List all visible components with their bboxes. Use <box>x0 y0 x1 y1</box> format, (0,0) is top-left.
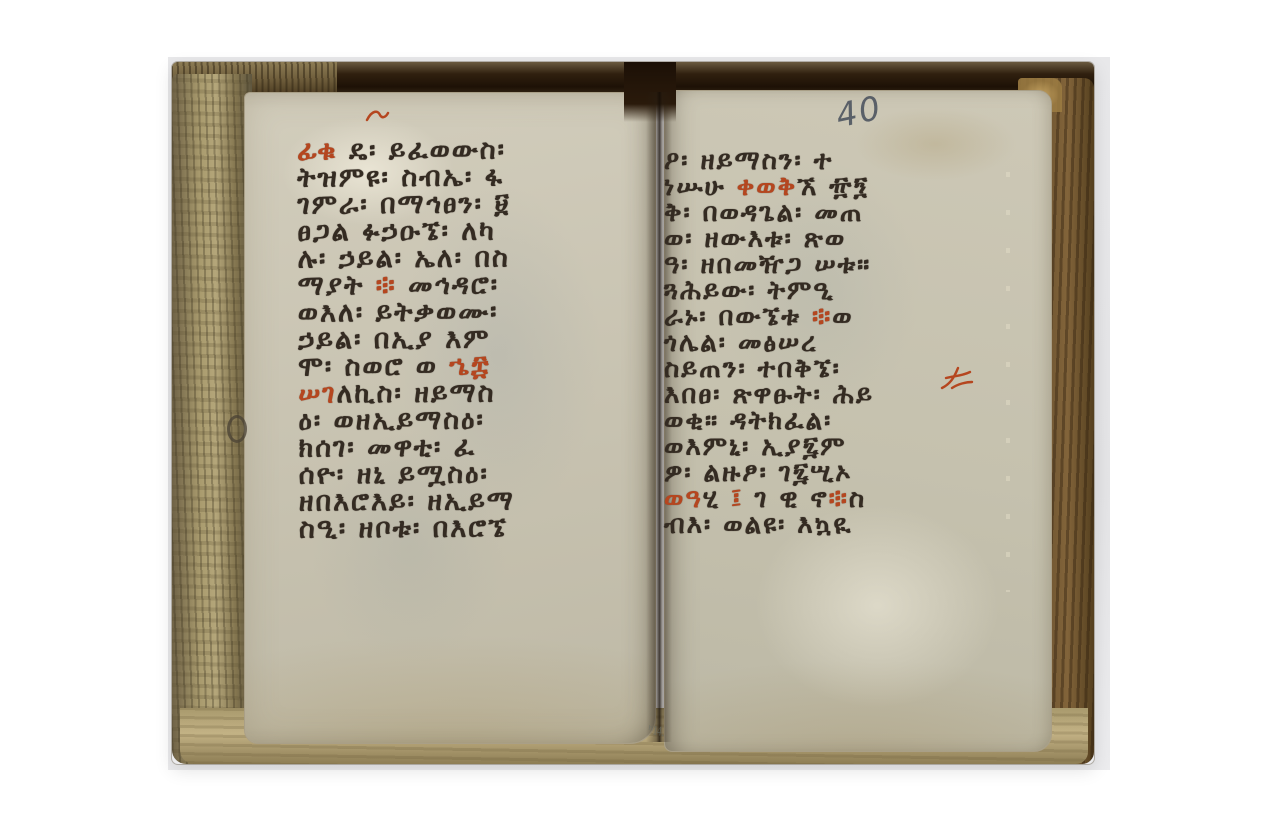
manuscript-line: ነሡሁ ቀወቅኧ ፹፺ <box>664 169 874 195</box>
manuscript-line: ወእምኒ፡ ኢያ፯ም <box>664 429 874 455</box>
ink-text-segment: ስዒ፡ ዘቦቱ፡ በእሮኜ <box>299 512 508 544</box>
manuscript-line: ስይጠን፡ ተበቅኜ፡ <box>664 351 874 377</box>
manuscript-line: ዘበእሮእይ፡ ዘኢይማ <box>299 483 515 511</box>
manuscript-line: ወእለ፡ ይትቃወሙ፡ <box>298 294 514 322</box>
ink-text-segment: ብእ፡ ወልዩ፡ እኳዪ <box>664 510 853 540</box>
gutter-scribble-mark: ʰ⒕ <box>647 721 666 740</box>
left-page-text: ፊቁ ዴ፡ ይፈወውስ፡ትዝምዩ፡ ስብኤ፡ ፋገምራ፡ በማኅፀን፡ ፱ፀጋል… <box>297 132 515 538</box>
manuscript-line: ኃይል፡ በኢያ እም <box>298 321 514 349</box>
manuscript-photo-page: ፊቁ ዴ፡ ይፈወውስ፡ትዝምዩ፡ ስብኤ፡ ፋገምራ፡ በማኅፀን፡ ፱ፀጋል… <box>0 0 1273 823</box>
manuscript-line: ብእ፡ ወልዩ፡ እኳዪ <box>664 507 874 533</box>
manuscript-line: ዓ፡ ዘበመዥጋ ሠቱ። <box>664 247 874 273</box>
manuscript-line: ሠገለኪስ፡ ዘይማስ <box>298 375 514 403</box>
manuscript-line: ሉ፡ ኃይል፡ ኤለ፡ በስ <box>298 240 514 268</box>
manuscript-line: ዎ፡ ልዙፆ፡ ገ፯ሢኦ <box>664 455 874 481</box>
manuscript-line: ወዓሂ ፤ ገ ዊ ኖ፨ስ <box>664 481 874 507</box>
red-marginal-flourish <box>940 360 974 394</box>
manuscript-line: ዖ፡ ዘይማስን፡ ተ <box>664 143 874 169</box>
parchment-hole-mark <box>227 415 247 443</box>
manuscript-line: ማያት ፨ መኅዳሮ፡ <box>298 267 514 295</box>
manuscript-line: ትዝምዩ፡ ስብኤ፡ ፋ <box>297 159 513 187</box>
manuscript-line: ወ፡ ዘውእቱ፡ ጽወ <box>664 221 874 247</box>
manuscript-line: እበፀ፡ ጽዋፁት፡ ሕይ <box>664 377 874 403</box>
manuscript-line: ራኑ፡ በውኜቱ ፨ወ <box>664 299 874 325</box>
sewing-holes <box>1006 172 1010 592</box>
manuscript-line: ሞ፡ ስወሮ ወ ኄ፰ <box>298 348 514 376</box>
manuscript-line: ዕ፡ ወዘኢይማስዕ፡ <box>298 402 514 430</box>
manuscript-line: ፊቁ ዴ፡ ይፈወውስ፡ <box>297 132 513 160</box>
red-pen-mark <box>364 106 390 126</box>
manuscript-line: ፀጋል ፉኃዑኜ፡ ለካ <box>297 213 513 241</box>
manuscript-line: ገምራ፡ በማኅፀን፡ ፱ <box>297 186 513 214</box>
manuscript-line: ሰዮ፡ ዘኒ ይሟስዕ፡ <box>299 456 515 484</box>
ink-text-segment: ወ <box>832 302 853 332</box>
right-page-text: ዖ፡ ዘይማስን፡ ተነሡሁ ቀወቅኧ ፹፺ቅ፡ በወዳጌል፡ መጠወ፡ ዘውእ… <box>664 143 874 533</box>
manuscript-line: ቅ፡ በወዳጌል፡ መጠ <box>664 195 874 221</box>
manuscript-line: ስዒ፡ ዘቦቱ፡ በእሮኜ <box>299 510 515 538</box>
